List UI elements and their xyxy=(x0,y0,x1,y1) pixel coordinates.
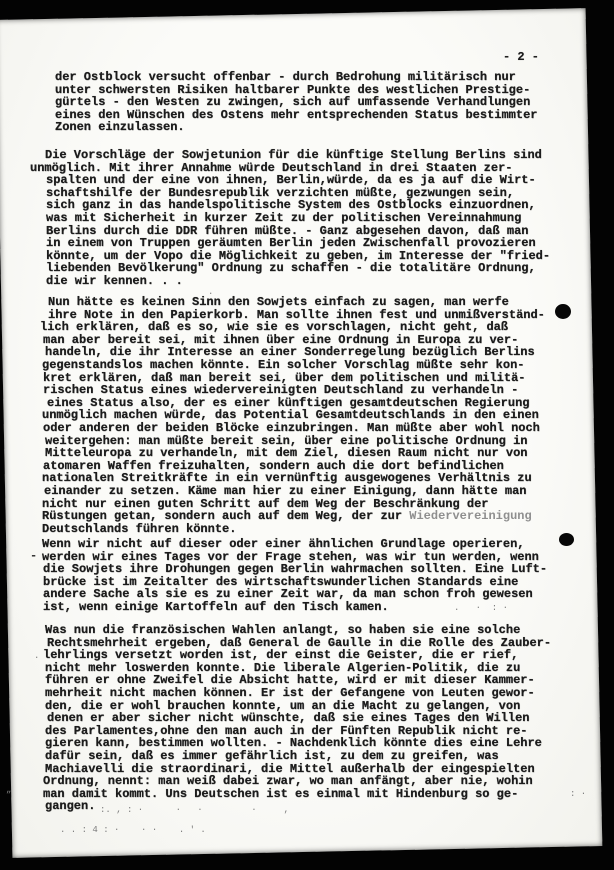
text-segment: gangen. xyxy=(45,799,95,813)
paragraph-1: der Ostblock versucht offenbar - durch B… xyxy=(4,71,594,134)
paragraph-5: Was nun die französischen Wahlen anlangt… xyxy=(4,624,594,813)
scan-artifact: . . : 4 : · · · . ' . xyxy=(60,826,206,835)
document-page: - 2 - der Ostblock versucht offenbar - d… xyxy=(0,8,602,858)
text-line: Zonen einzulassen. xyxy=(4,121,594,134)
scan-artifact: : · xyxy=(570,790,586,799)
text-segment: ist, wenn einige Kartoffeln auf den Tisc… xyxy=(43,600,389,614)
text-line: die wir kennen. . . xyxy=(4,275,594,288)
scan-artifact: . · : · xyxy=(454,604,508,613)
paragraph-3: Nun hätte es keinen Sinn den Sowjets ein… xyxy=(4,296,594,535)
text-layer: - 2 - der Ostblock versucht offenbar - d… xyxy=(4,14,594,852)
scan-artifact: :. , : · · · · , xyxy=(100,806,289,815)
page-number: - 2 - xyxy=(503,50,539,64)
scan-artifact: · xyxy=(208,290,213,299)
punch-hole-mark xyxy=(559,533,574,546)
scan-background: - 2 - der Ostblock versucht offenbar - d… xyxy=(0,0,614,870)
text-segment: Zonen einzulassen. xyxy=(55,120,185,134)
punch-hole-mark xyxy=(555,304,571,319)
text-segment: man damit kommt. Uns Deutschen ist es ei… xyxy=(43,787,518,801)
scan-artifact: . xyxy=(34,652,39,661)
text-line: Deutschlands führen könnte. xyxy=(4,523,594,536)
scan-artifact: „ xyxy=(6,786,11,795)
text-line: gangen. xyxy=(4,800,594,813)
text-segment: die wir kennen. . . xyxy=(46,274,183,288)
scan-artifact: - xyxy=(30,550,37,562)
faint-text-segment: Wiedervereinigung xyxy=(409,509,531,523)
paragraph-2: Die Vorschläge der Sowjetunion für die k… xyxy=(4,149,594,288)
text-segment: Deutschlands führen könnte. xyxy=(42,522,236,536)
